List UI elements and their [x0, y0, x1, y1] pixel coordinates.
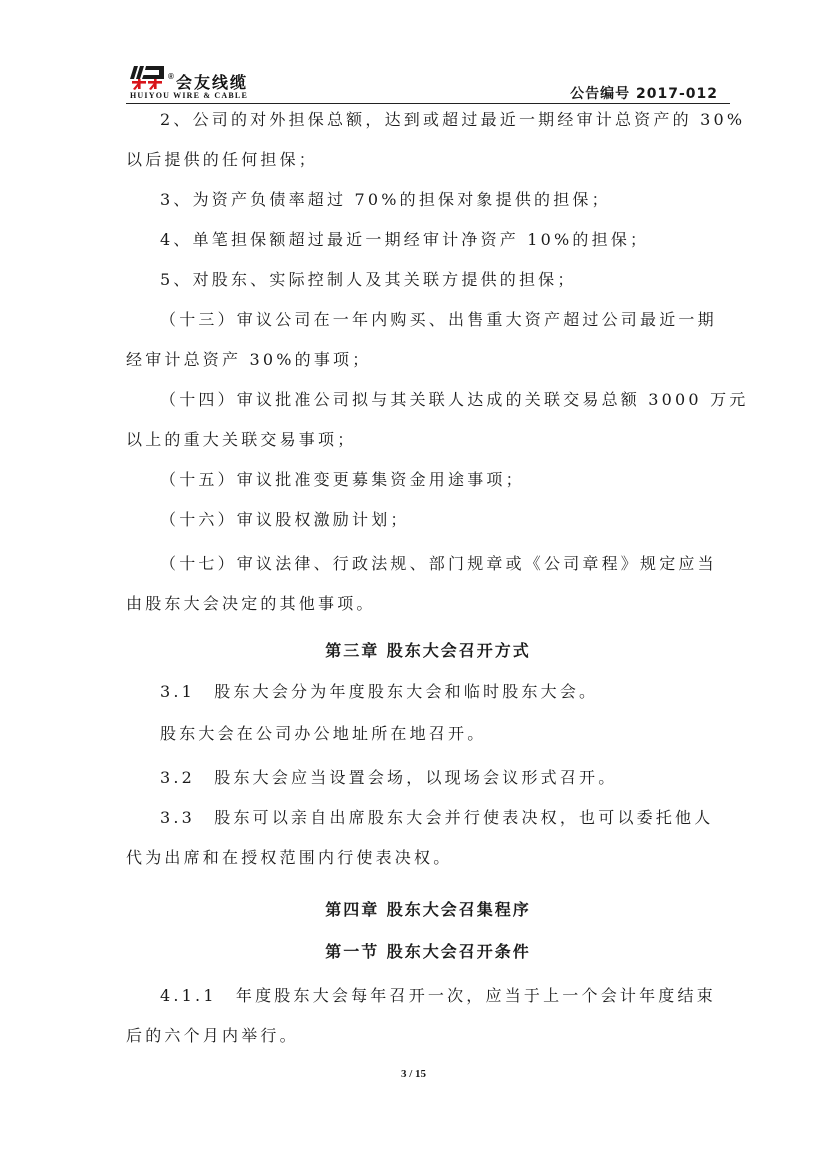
registered-mark: ® [168, 72, 174, 81]
logo-mark-icon [130, 66, 166, 90]
page-number: 3 / 15 [0, 1068, 827, 1080]
paragraph-line: （十六）审议股权激励计划； [160, 509, 410, 531]
section-heading: 第三章 股东大会召开方式 [126, 638, 730, 661]
paragraph-line: 股东大会在公司办公地址所在地召开。 [160, 723, 486, 745]
paragraph-line: 代为出席和在授权范围内行使表决权。 [126, 847, 452, 869]
paragraph-line: （十七）审议法律、行政法规、部门规章或《公司章程》规定应当 [160, 553, 717, 575]
logo-chinese-name: 会友线缆 [176, 70, 248, 93]
section-heading: 第一节 股东大会召开条件 [126, 939, 730, 962]
paragraph-line: 由股东大会决定的其他事项。 [126, 593, 376, 615]
paragraph-line: （十五）审议批准变更募集资金用途事项； [160, 469, 525, 491]
section-heading: 第四章 股东大会召集程序 [126, 897, 730, 920]
paragraph-line: 以上的重大关联交易事项； [126, 429, 356, 451]
paragraph-line: 后的六个月内举行。 [126, 1025, 299, 1047]
document-page: ® 会友线缆 HUIYOU WIRE & CABLE 公告编号 2017-012… [0, 0, 827, 1169]
paragraph-line: 4.1.1 年度股东大会每年召开一次，应当于上一个会计年度结束 [160, 985, 716, 1007]
paragraph-line: 5、对股东、实际控制人及其关联方提供的担保； [160, 269, 577, 291]
paragraph-line: 2、公司的对外担保总额，达到或超过最近一期经审计总资产的 30% [160, 109, 745, 131]
paragraph-line: （十三）审议公司在一年内购买、出售重大资产超过公司最近一期 [160, 309, 717, 331]
header-divider [126, 103, 730, 104]
company-logo: ® 会友线缆 HUIYOU WIRE & CABLE [126, 66, 286, 100]
paragraph-line: 3.3 股东可以亲自出席股东大会并行使表决权，也可以委托他人 [160, 807, 713, 829]
page-header: ® 会友线缆 HUIYOU WIRE & CABLE 公告编号 2017-012 [126, 64, 730, 104]
paragraph-line: 以后提供的任何担保； [126, 149, 318, 171]
paragraph-line: 3、为资产负债率超过 70%的担保对象提供的担保； [160, 189, 611, 211]
announcement-number: 公告编号 2017-012 [570, 83, 718, 103]
logo-english-name: HUIYOU WIRE & CABLE [130, 91, 248, 100]
paragraph-line: 经审计总资产 30%的事项； [126, 349, 371, 371]
paragraph-line: 4、单笔担保额超过最近一期经审计净资产 10%的担保； [160, 229, 649, 251]
paragraph-line: （十四）审议批准公司拟与其关联人达成的关联交易总额 3000 万元 [160, 389, 749, 411]
paragraph-line: 3.1 股东大会分为年度股东大会和临时股东大会。 [160, 681, 598, 703]
paragraph-line: 3.2 股东大会应当设置会场，以现场会议形式召开。 [160, 767, 617, 789]
